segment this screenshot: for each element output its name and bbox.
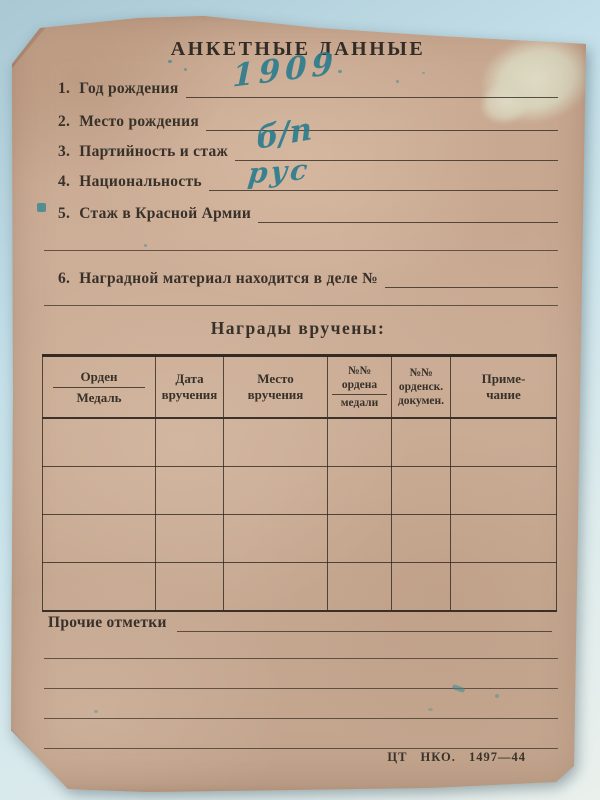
ink-smudge [452,684,466,693]
field-label: Место рождения [79,113,199,131]
ink-speck [106,148,109,151]
field-number: 5. [58,205,70,223]
field-label: Национальность [79,173,202,191]
empty-cell [156,563,224,612]
empty-cell [392,418,451,467]
column-order-medal-number: №№ ордена медали [328,356,392,419]
empty-cell [156,418,224,467]
photo-backdrop: АНКЕТНЫЕ ДАННЫЕ 1. Год рождения 2. Место… [0,0,600,800]
empty-cell [328,563,392,612]
awards-table: Орден Медаль Дата вручения Место вручени… [42,354,557,612]
ink-speck [396,80,399,83]
empty-cell [43,467,156,515]
ink-speck [168,60,172,63]
empty-cell [328,467,392,515]
field-number: 4. [58,173,70,191]
field-label: Стаж в Красной Армии [79,205,251,223]
header-divider [53,387,145,388]
header-divider [332,394,387,395]
empty-cell [156,515,224,563]
column-order-document-number: №№ орденск. докумен. [392,356,451,419]
blank-line [44,688,558,689]
empty-cell [451,515,557,563]
field-label: Наградной материал находится в деле № [79,270,378,288]
ink-speck [495,694,499,698]
empty-cell [392,563,451,612]
awards-table-body [43,418,557,611]
field-award-file-number: 6. Наградной материал находится в деле № [58,268,558,288]
award-empty-row [43,418,557,467]
field-number: 2. [58,113,70,131]
empty-cell [328,418,392,467]
empty-cell [43,515,156,563]
field-number: 6. [58,270,70,288]
empty-cell [156,467,224,515]
field-red-army-service: 5. Стаж в Красной Армии [58,203,558,223]
blank-line [44,748,558,749]
blank-line [44,658,558,659]
empty-cell [224,515,328,563]
awards-table-header-row: Орден Медаль Дата вручения Место вручени… [43,356,557,419]
blank-line [385,267,558,288]
other-notes-label: Прочие отметки [48,614,167,632]
empty-cell [451,467,557,515]
blank-line [44,718,558,719]
ink-speck [428,708,433,711]
handwritten-nationality: рус [246,153,312,191]
field-label: Год рождения [79,80,178,98]
empty-cell [451,418,557,467]
empty-cell [451,563,557,612]
award-empty-row [43,467,557,515]
document-sheet: АНКЕТНЫЕ ДАННЫЕ 1. Год рождения 2. Место… [8,14,588,792]
awards-section-heading: Награды вручены: [8,318,588,339]
column-place-presented: Место вручения [224,356,328,419]
ink-speck [422,72,425,74]
field-number: 1. [58,80,70,98]
empty-cell [224,418,328,467]
empty-cell [43,563,156,612]
corner-crease-line [8,727,68,791]
empty-cell [328,515,392,563]
continuation-line [44,305,558,306]
ink-speck [144,244,147,247]
empty-cell [392,467,451,515]
field-number: 3. [58,143,70,161]
continuation-line [44,250,558,251]
blank-line [258,202,558,223]
field-label: Партийность и стаж [79,143,228,161]
form-code: ЦТ НКО. 1497—44 [387,750,526,765]
empty-cell [43,418,156,467]
empty-cell [224,467,328,515]
other-notes-row: Прочие отметки [48,612,552,632]
column-order-medal: Орден Медаль [43,356,156,419]
award-empty-row [43,563,557,612]
ink-speck [338,70,342,73]
ink-blot [37,203,46,212]
empty-cell [392,515,451,563]
column-remarks: Приме- чание [451,356,557,419]
column-date-presented: Дата вручения [156,356,224,419]
empty-cell [224,563,328,612]
ink-speck [94,710,98,713]
award-empty-row [43,515,557,563]
ink-speck [184,68,187,71]
blank-line [177,611,552,632]
